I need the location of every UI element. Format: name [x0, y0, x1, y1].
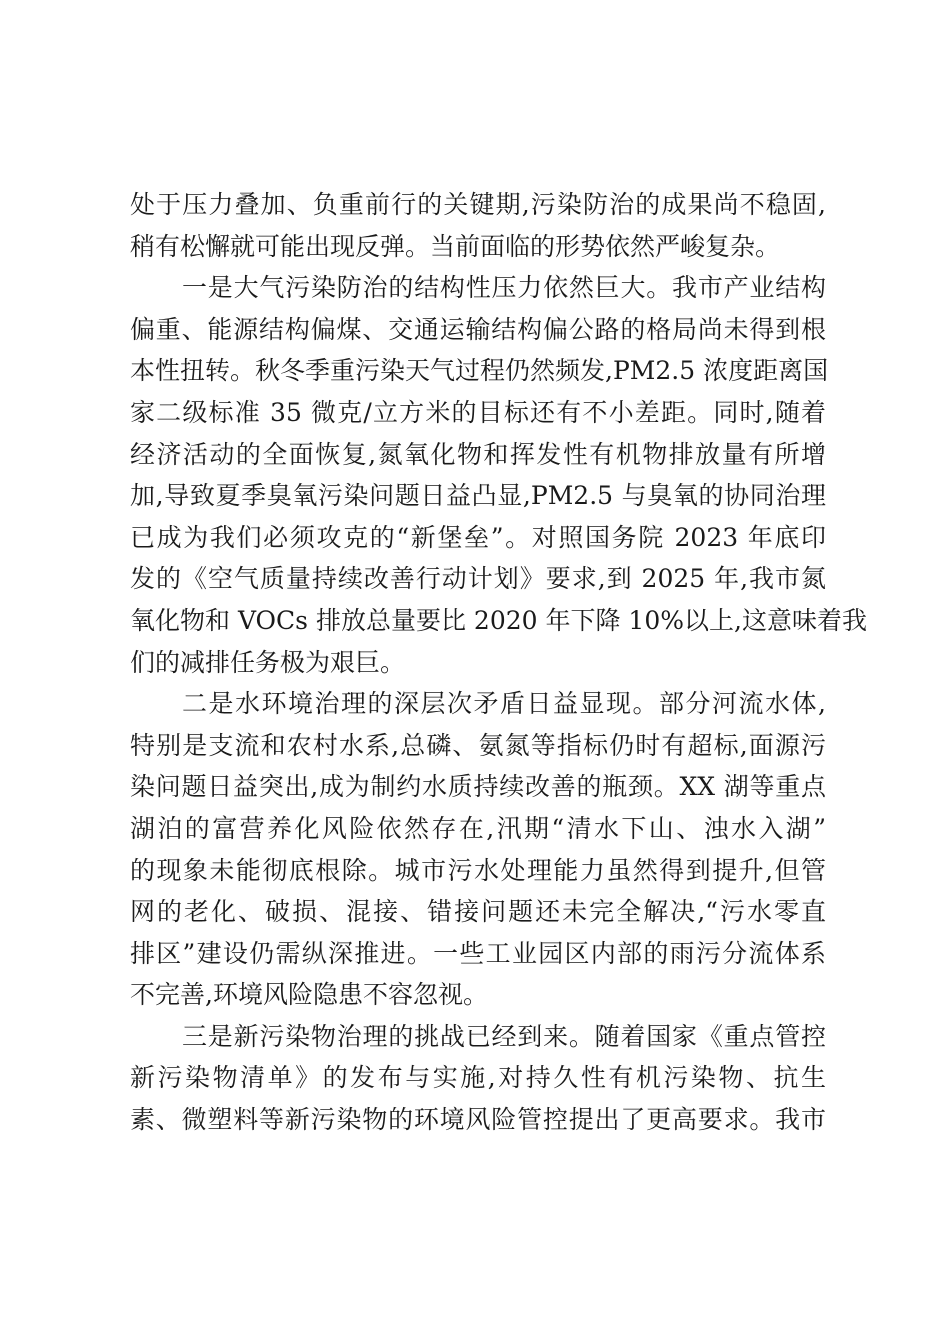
document-page: 处于压力叠加、负重前行的关键期,污染防治的成果尚不稳固, 稍有松懈就可能出现反弹… [0, 0, 950, 1344]
paragraph-point-two-water: 二是水环境治理的深层次矛盾日益显现。部分河流水体, 特别是支流和农村水系,总磷、… [130, 683, 826, 1016]
text-line: 处于压力叠加、负重前行的关键期,污染防治的成果尚不稳固, [130, 184, 826, 226]
text-line: 们的减排任务极为艰巨。 [130, 642, 826, 684]
text-line: 特别是支流和农村水系,总磷、氨氮等指标仍时有超标,面源污 [130, 725, 826, 767]
paragraph-point-three-new-pollutants: 三是新污染物治理的挑战已经到来。随着国家《重点管控 新污染物清单》的发布与实施,… [130, 1016, 826, 1141]
text-line: 一是大气污染防治的结构性压力依然巨大。我市产业结构 [130, 267, 826, 309]
text-line: 排区”建设仍需纵深推进。一些工业园区内部的雨污分流体系 [130, 933, 826, 975]
text-line: 本性扭转。秋冬季重污染天气过程仍然频发,PM2.5 浓度距离国 [130, 350, 826, 392]
text-line: 加,导致夏季臭氧污染问题日益凸显,PM2.5 与臭氧的协同治理 [130, 475, 826, 517]
paragraph-point-one-air: 一是大气污染防治的结构性压力依然巨大。我市产业结构 偏重、能源结构偏煤、交通运输… [130, 267, 826, 683]
text-line: 家二级标准 35 微克/立方米的目标还有不小差距。同时,随着 [130, 392, 826, 434]
text-line: 湖泊的富营养化风险依然存在,汛期“清水下山、浊水入湖” [130, 808, 826, 850]
text-line: 经济活动的全面恢复,氮氧化物和挥发性有机物排放量有所增 [130, 434, 826, 476]
paragraph-intro-continuation: 处于压力叠加、负重前行的关键期,污染防治的成果尚不稳固, 稍有松懈就可能出现反弹… [130, 184, 826, 267]
text-line: 二是水环境治理的深层次矛盾日益显现。部分河流水体, [130, 683, 826, 725]
text-line: 偏重、能源结构偏煤、交通运输结构偏公路的格局尚未得到根 [130, 309, 826, 351]
text-line: 发的《空气质量持续改善行动计划》要求,到 2025 年,我市氮 [130, 558, 826, 600]
text-line: 氧化物和 VOCs 排放总量要比 2020 年下降 10%以上,这意味着我 [130, 600, 826, 642]
text-line: 稍有松懈就可能出现反弹。当前面临的形势依然严峻复杂。 [130, 226, 826, 268]
text-line: 的现象未能彻底根除。城市污水处理能力虽然得到提升,但管 [130, 850, 826, 892]
text-line: 素、微塑料等新污染物的环境风险管控提出了更高要求。我市 [130, 1099, 826, 1141]
document-body: 处于压力叠加、负重前行的关键期,污染防治的成果尚不稳固, 稍有松懈就可能出现反弹… [130, 184, 826, 1141]
text-line: 三是新污染物治理的挑战已经到来。随着国家《重点管控 [130, 1016, 826, 1058]
text-line: 网的老化、破损、混接、错接问题还未完全解决,“污水零直 [130, 891, 826, 933]
text-line: 已成为我们必须攻克的“新堡垒”。对照国务院 2023 年底印 [130, 517, 826, 559]
text-line: 染问题日益突出,成为制约水质持续改善的瓶颈。XX 湖等重点 [130, 766, 826, 808]
text-line: 新污染物清单》的发布与实施,对持久性有机污染物、抗生 [130, 1057, 826, 1099]
text-line: 不完善,环境风险隐患不容忽视。 [130, 974, 826, 1016]
